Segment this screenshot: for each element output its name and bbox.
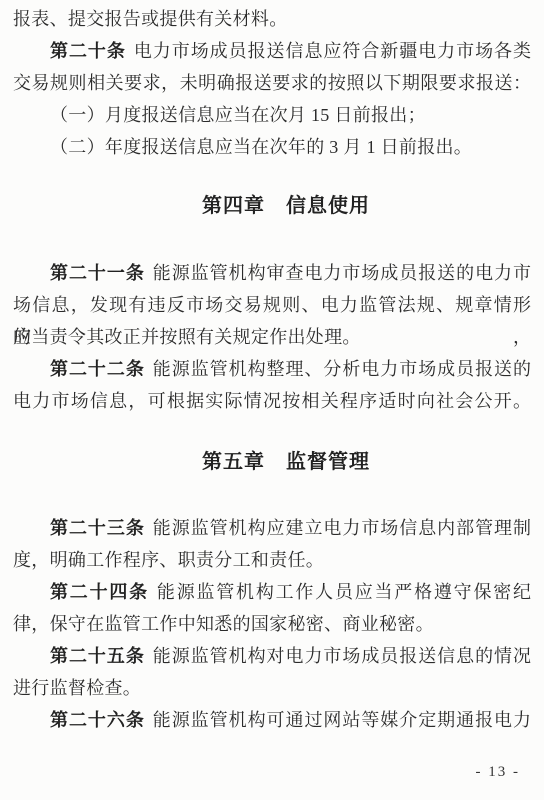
- article-23-number: 第二十三条: [50, 518, 145, 538]
- article-21-number: 第二十一条: [50, 263, 145, 283]
- article-20-text-1: 电力市场成员报送信息应符合新疆电力市场各类: [134, 41, 531, 61]
- document-page: 报表、提交报告或提供有关材料。 第二十条电力市场成员报送信息应符合新疆电力市场各…: [0, 0, 544, 800]
- article-20-item-1: （一）月度报送信息应当在次月 15 日前报出；: [13, 99, 531, 131]
- article-26-line-1: 第二十六条能源监管机构可通过网站等媒介定期通报电力: [13, 704, 531, 736]
- article-25-text-1: 能源监管机构对电力市场成员报送信息的情况: [153, 646, 531, 666]
- article-25-line-1: 第二十五条能源监管机构对电力市场成员报送信息的情况: [13, 640, 531, 672]
- page-number: - 13 -: [13, 762, 531, 782]
- article-20-item-2: （二）年度报送信息应当在次年的 3 月 1 日前报出。: [13, 131, 531, 163]
- article-24-line-1: 第二十四条能源监管机构工作人员应当严格遵守保密纪: [13, 576, 531, 608]
- article-23-text-1: 能源监管机构应建立电力市场信息内部管理制: [153, 518, 531, 538]
- article-25-line-2: 进行监督检查。: [13, 672, 531, 704]
- article-20-line-2: 交易规则相关要求，未明确报送要求的按照以下期限要求报送：: [13, 67, 531, 99]
- article-21-line-1: 第二十一条能源监管机构审查电力市场成员报送的电力市: [13, 257, 531, 289]
- article-22-number: 第二十二条: [50, 359, 145, 379]
- article-23-line-1: 第二十三条能源监管机构应建立电力市场信息内部管理制: [13, 512, 531, 544]
- article-26-text-1: 能源监管机构可通过网站等媒介定期通报电力: [153, 710, 531, 730]
- article-22-line-1: 第二十二条能源监管机构整理、分析电力市场成员报送的: [13, 353, 531, 385]
- article-24-number: 第二十四条: [50, 582, 149, 602]
- article-25-number: 第二十五条: [50, 646, 145, 666]
- continuation-line: 报表、提交报告或提供有关材料。: [13, 3, 531, 35]
- article-21-line-2: 场信息，发现有违反市场交易规则、电力监管法规、规章情形的，: [13, 289, 531, 321]
- article-24-text-1: 能源监管机构工作人员应当严格遵守保密纪: [157, 582, 531, 602]
- chapter-5-heading: 第五章 监督管理: [27, 449, 544, 475]
- article-20-number: 第二十条: [50, 41, 126, 61]
- article-24-line-2: 律，保守在监管工作中知悉的国家秘密、商业秘密。: [13, 608, 531, 640]
- article-26-number: 第二十六条: [50, 710, 145, 730]
- chapter-4-heading: 第四章 信息使用: [27, 193, 544, 219]
- article-20-line-1: 第二十条电力市场成员报送信息应符合新疆电力市场各类: [13, 35, 531, 67]
- article-23-line-2: 度，明确工作程序、职责分工和责任。: [13, 544, 531, 576]
- text-column: 报表、提交报告或提供有关材料。 第二十条电力市场成员报送信息应符合新疆电力市场各…: [13, 3, 531, 782]
- article-22-text-1: 能源监管机构整理、分析电力市场成员报送的: [153, 359, 531, 379]
- article-22-line-2: 电力市场信息，可根据实际情况按相关程序适时向社会公开。: [13, 385, 531, 417]
- article-21-text-1: 能源监管机构审查电力市场成员报送的电力市: [153, 263, 531, 283]
